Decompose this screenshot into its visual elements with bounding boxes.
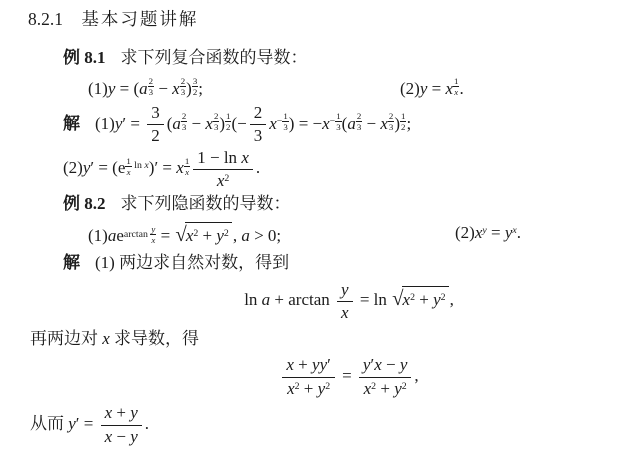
equation-implicit-derivative: x + yy′x2 + y2 = y′x − yx2 + y2, — [0, 355, 634, 399]
example-8-1-problems: (1)y = (a23 − x23)32;(2)y = x1x. — [0, 76, 634, 100]
conclusion-line: 从而 y′ = x + yx − y. — [0, 403, 634, 447]
equation-ln-arctan-content: ln a + arctan yx = ln √x2 + y2, — [244, 290, 454, 309]
section-title: 基本习题讲解 — [81, 9, 198, 29]
solution-8-2-intro-label: 解 — [63, 253, 80, 272]
section-heading: 8.2.1 基本习题讲解 — [28, 8, 634, 31]
solution-8-1-line-1-label: 解 — [63, 114, 80, 133]
conclusion-line-content: 从而 y′ = x + yx − y. — [30, 414, 149, 433]
solution-8-1-line-1: 解(1)y′ = 32(a23 − x23)12(−23x−13) = −x−1… — [0, 103, 634, 147]
example-8-2-header-label: 例 8.2 — [63, 194, 106, 213]
derivative-step-text: 再两边对 x 求导数，得 — [0, 328, 634, 350]
example-8-1-problems-left: (1)y = (a23 − x23)32; — [88, 79, 203, 98]
solution-8-1-line-2-content: (2)y′ = (e1x ln x)′ = x1x1 − ln xx2. — [63, 158, 260, 177]
equation-implicit-derivative-content: x + yy′x2 + y2 = y′x − yx2 + y2, — [279, 366, 418, 385]
example-8-1-header-label: 例 8.1 — [63, 48, 106, 67]
solution-8-1-line-1-content: (1)y′ = 32(a23 − x23)12(−23x−13) = −x−13… — [95, 114, 411, 133]
solution-8-1-line-2: (2)y′ = (e1x ln x)′ = x1x1 − ln xx2. — [0, 148, 634, 192]
document-page: 8.2.1 基本习题讲解 例 8.1求下列复合函数的导数：(1)y = (a23… — [0, 8, 634, 469]
solution-8-2-intro: 解(1) 两边求自然对数，得到 — [0, 252, 634, 274]
example-8-1-header-content: 求下列复合函数的导数： — [121, 48, 308, 67]
example-8-1-problems-right: (2)y = x1x. — [400, 76, 464, 100]
example-8-2-header: 例 8.2求下列隐函数的导数： — [0, 193, 634, 215]
solution-8-2-intro-content: (1) 两边求自然对数，得到 — [95, 253, 289, 272]
example-8-2-problems-left: (1)aearctan yx = √x2 + y2, a > 0; — [88, 226, 281, 245]
radical-sign: √ — [175, 224, 184, 246]
derivative-step-text-content: 再两边对 x 求导数，得 — [30, 329, 199, 348]
section-number: 8.2.1 — [28, 9, 63, 29]
example-8-1-header: 例 8.1求下列复合函数的导数： — [0, 47, 634, 69]
example-8-2-header-content: 求下列隐函数的导数： — [121, 194, 291, 213]
example-8-2-problems-right: (2)xy = yx. — [455, 222, 521, 244]
radical-sign: √ — [392, 288, 401, 310]
example-8-2-problems: (1)aearctan yx = √x2 + y2, a > 0;(2)xy =… — [0, 222, 634, 249]
equation-ln-arctan: ln a + arctan yx = ln √x2 + y2, — [0, 280, 634, 324]
document-body: 例 8.1求下列复合函数的导数：(1)y = (a23 − x23)32;(2)… — [0, 47, 634, 447]
